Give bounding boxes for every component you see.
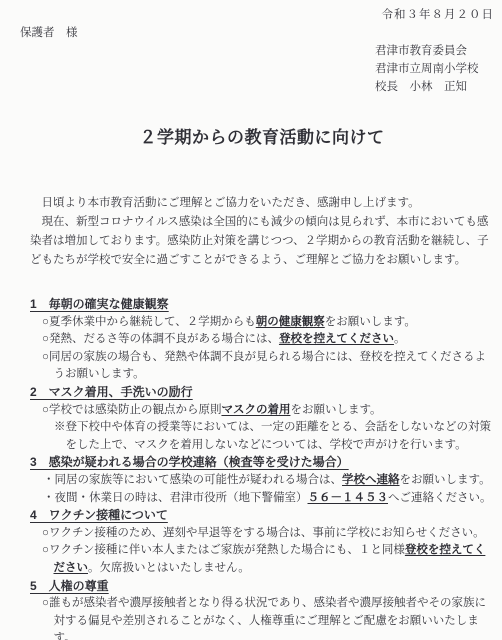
- intro-paragraph: 日頃より本市教育活動にご理解とご協力をいただき、感謝申し上げます。: [30, 194, 494, 213]
- item-marker: ○: [42, 333, 49, 345]
- text-run: 登下校中や体育の授業等においては、一定の距離をとる、会話をしないなどの対策をした…: [66, 421, 492, 451]
- item-marker: ○: [42, 544, 49, 556]
- list-item: ○学校では感染防止の観点から原則マスクの着用をお願いします。: [30, 402, 494, 420]
- intro-paragraphs: 日頃より本市教育活動にご理解とご協力をいただき、感謝申し上げます。現在、新型コロ…: [30, 194, 494, 270]
- item-marker: ○: [42, 527, 49, 539]
- text-run: ワクチン接種に伴い本人またはご家族が発熱した場合にも、１と同様: [49, 544, 405, 556]
- section: 2 マスク着用、手洗いの励行○学校では感染防止の観点から原則マスクの着用をお願い…: [30, 384, 494, 454]
- sections: 1 毎朝の確実な健康観察○夏季休業中から継続して、２学期からも朝の健康観察をお願…: [30, 296, 494, 640]
- text-run: 同居の家族の場合も、発熱や体調不良が見られる場合には、登校を控えてくださるようお…: [49, 351, 486, 381]
- text-run: 同居の家族等において感染の可能性が疑われる場合は、: [55, 474, 343, 486]
- item-marker: ○: [42, 597, 49, 609]
- text-run: をお願いします。: [400, 474, 491, 486]
- item-marker: ※: [54, 421, 66, 433]
- item-marker: ○: [42, 351, 49, 363]
- list-item: ※登下校中や体育の授業等においては、一定の距離をとる、会話をしないなどの対策をし…: [30, 419, 494, 454]
- text-run: 夏季休業中から継続して、２学期からも: [49, 316, 256, 328]
- text-run: 夜間・休業日の時は、君津市役所（地下警備室）: [55, 492, 308, 504]
- text-run: ワクチン接種のため、遅刻や早退等をする場合は、事前に学校にお知らせください。: [49, 527, 485, 539]
- section-heading: 3 感染が疑われる場合の学校連絡（検査等を受けた場合）: [30, 454, 494, 472]
- emphasis-run: 学校へ連絡: [342, 474, 400, 486]
- list-item: ・同居の家族等において感染の可能性が疑われる場合は、学校へ連絡をお願いします。: [30, 472, 494, 490]
- text-run: 。欠席扱いとはいたしません。: [88, 562, 250, 574]
- letter-page: 令和３年８月２０日 保護者 様 君津市教育委員会 君津市立周南小学校 校長 小林…: [0, 0, 502, 640]
- section: 3 感染が疑われる場合の学校連絡（検査等を受けた場合）・同居の家族等において感染…: [30, 454, 494, 507]
- item-marker: ○: [42, 404, 49, 416]
- item-marker: ・: [43, 474, 55, 486]
- sender-principal: 校長 小林 正知: [375, 78, 494, 96]
- section-heading-label: 1 毎朝の確実な健康観察: [30, 297, 169, 311]
- item-marker: ・: [43, 492, 55, 504]
- section-heading-label: 3 感染が疑われる場合の学校連絡（検査等を受けた場合）: [30, 455, 349, 469]
- section-heading: 2 マスク着用、手洗いの励行: [30, 384, 494, 402]
- text-run: 学校では感染防止の観点から原則: [49, 404, 222, 416]
- list-item: ○夏季休業中から継続して、２学期からも朝の健康観察をお願いします。: [30, 314, 494, 332]
- sender-organization: 君津市教育委員会: [375, 42, 494, 60]
- recipient: 保護者 様: [20, 24, 494, 42]
- section-heading: 1 毎朝の確実な健康観察: [30, 296, 494, 314]
- section-heading-label: 4 ワクチン接種について: [30, 508, 168, 522]
- date-line: 令和３年８月２０日: [30, 6, 494, 24]
- emphasis-run: 朝の健康観察: [256, 316, 325, 328]
- list-item: ○同居の家族の場合も、発熱や体調不良が見られる場合には、登校を控えてくださるよう…: [30, 349, 494, 384]
- text-run: 誰もが感染者や濃厚接触者となり得る状況であり、感染者や濃厚接触者やその家族に対す…: [49, 597, 486, 640]
- text-run: 。: [394, 333, 406, 345]
- emphasis-run: マスクの着用: [221, 404, 290, 416]
- text-run: へご連絡ください。: [388, 492, 492, 504]
- list-item: ○発熱、だるさ等の体調不良がある場合には、登校を控えてください。: [30, 331, 494, 349]
- item-marker: ○: [42, 316, 49, 328]
- emphasis-run: ５６－１４５３: [308, 492, 389, 504]
- letter-title: ２学期からの教育活動に向けて: [30, 126, 494, 150]
- list-item: ○ワクチン接種に伴い本人またはご家族が発熱した場合にも、１と同様登校を控えてくだ…: [30, 542, 494, 577]
- list-item: ○ワクチン接種のため、遅刻や早退等をする場合は、事前に学校にお知らせください。: [30, 525, 494, 543]
- intro-paragraph: 現在、新型コロナウイルス感染は全国的にも減少の傾向は見られず、本市においても感染…: [30, 213, 494, 270]
- sender-block: 君津市教育委員会 君津市立周南小学校 校長 小林 正知: [375, 42, 494, 96]
- section-heading: 5 人権の尊重: [30, 578, 494, 596]
- section: 5 人権の尊重○誰もが感染者や濃厚接触者となり得る状況であり、感染者や濃厚接触者…: [30, 578, 494, 640]
- text-run: 発熱、だるさ等の体調不良がある場合には、: [49, 333, 279, 345]
- section: 4 ワクチン接種について○ワクチン接種のため、遅刻や早退等をする場合は、事前に学…: [30, 507, 494, 577]
- text-run: をお願いします。: [290, 404, 381, 416]
- section-heading: 4 ワクチン接種について: [30, 507, 494, 525]
- list-item: ・夜間・休業日の時は、君津市役所（地下警備室）５６－１４５３へご連絡ください。: [30, 490, 494, 508]
- sender-school: 君津市立周南小学校: [375, 60, 494, 78]
- section-heading-label: 2 マスク着用、手洗いの励行: [30, 385, 193, 399]
- emphasis-run: 登校を控えてください: [279, 333, 394, 345]
- section: 1 毎朝の確実な健康観察○夏季休業中から継続して、２学期からも朝の健康観察をお願…: [30, 296, 494, 384]
- list-item: ○誰もが感染者や濃厚接触者となり得る状況であり、感染者や濃厚接触者やその家族に対…: [30, 595, 494, 640]
- section-heading-label: 5 人権の尊重: [30, 579, 109, 593]
- text-run: をお願いします。: [325, 316, 416, 328]
